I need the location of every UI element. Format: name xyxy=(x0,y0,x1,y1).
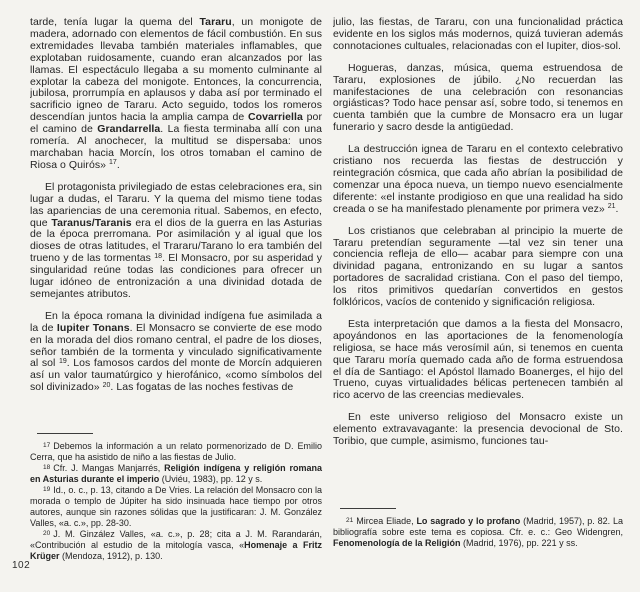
right-footnotes: 21Mircea Eliade, Lo sagrado y lo profano… xyxy=(333,516,623,549)
paragraph: tarde, tenía lugar la quema del Tararu, … xyxy=(30,17,322,172)
footnote-marker: 17 xyxy=(109,159,117,166)
right-column-text: julio, las fiestas, de Tararu, con una f… xyxy=(333,17,623,506)
footnote-marker: 20 xyxy=(103,382,111,389)
page-number: 102 xyxy=(12,560,30,571)
paragraph: En la época romana la divinidad indígena… xyxy=(30,311,322,394)
footnote: 18Cfr. J. Mangas Manjarrés, Religión ind… xyxy=(30,463,322,485)
left-footnotes: 17Debemos la información a un relato por… xyxy=(30,441,322,562)
left-column-text: tarde, tenía lugar la quema del Tararu, … xyxy=(30,17,322,431)
footnote-separator-right xyxy=(340,508,396,509)
paragraph: Los cristianos que celebraban al princip… xyxy=(333,226,623,309)
footnote-marker: 17 xyxy=(43,442,50,449)
footnote: 21Mircea Eliade, Lo sagrado y lo profano… xyxy=(333,516,623,549)
footnote: 19Id., o. c., p. 13, citando a De Vries.… xyxy=(30,485,322,529)
right-column: julio, las fiestas, de Tararu, con una f… xyxy=(333,17,623,549)
paragraph: La destrucción ignea de Tararu en el con… xyxy=(333,144,623,215)
footnote-separator-left xyxy=(37,433,93,434)
footnote-marker: 20 xyxy=(43,530,50,537)
paragraph: Esta interpretación que damos a la fiest… xyxy=(333,319,623,402)
paragraph: En este universo religioso del Monsacro … xyxy=(333,412,623,448)
footnote: 17Debemos la información a un relato por… xyxy=(30,441,322,463)
footnote-marker: 19 xyxy=(43,486,50,493)
footnote-marker: 21 xyxy=(608,203,616,210)
footnote-marker: 19 xyxy=(59,358,67,365)
paragraph: Hogueras, danzas, música, quema estruend… xyxy=(333,63,623,134)
left-column: tarde, tenía lugar la quema del Tararu, … xyxy=(30,17,322,562)
paragraph: julio, las fiestas, de Tararu, con una f… xyxy=(333,17,623,53)
footnote-marker: 21 xyxy=(346,517,353,524)
footnote-marker: 18 xyxy=(154,253,162,260)
footnote-marker: 18 xyxy=(43,464,50,471)
paragraph: El protagonista privilegiado de estas ce… xyxy=(30,182,322,301)
book-page: tarde, tenía lugar la quema del Tararu, … xyxy=(0,0,640,592)
footnote: 20J. M. Ginzález Valles, «a. c.», p. 28;… xyxy=(30,529,322,562)
